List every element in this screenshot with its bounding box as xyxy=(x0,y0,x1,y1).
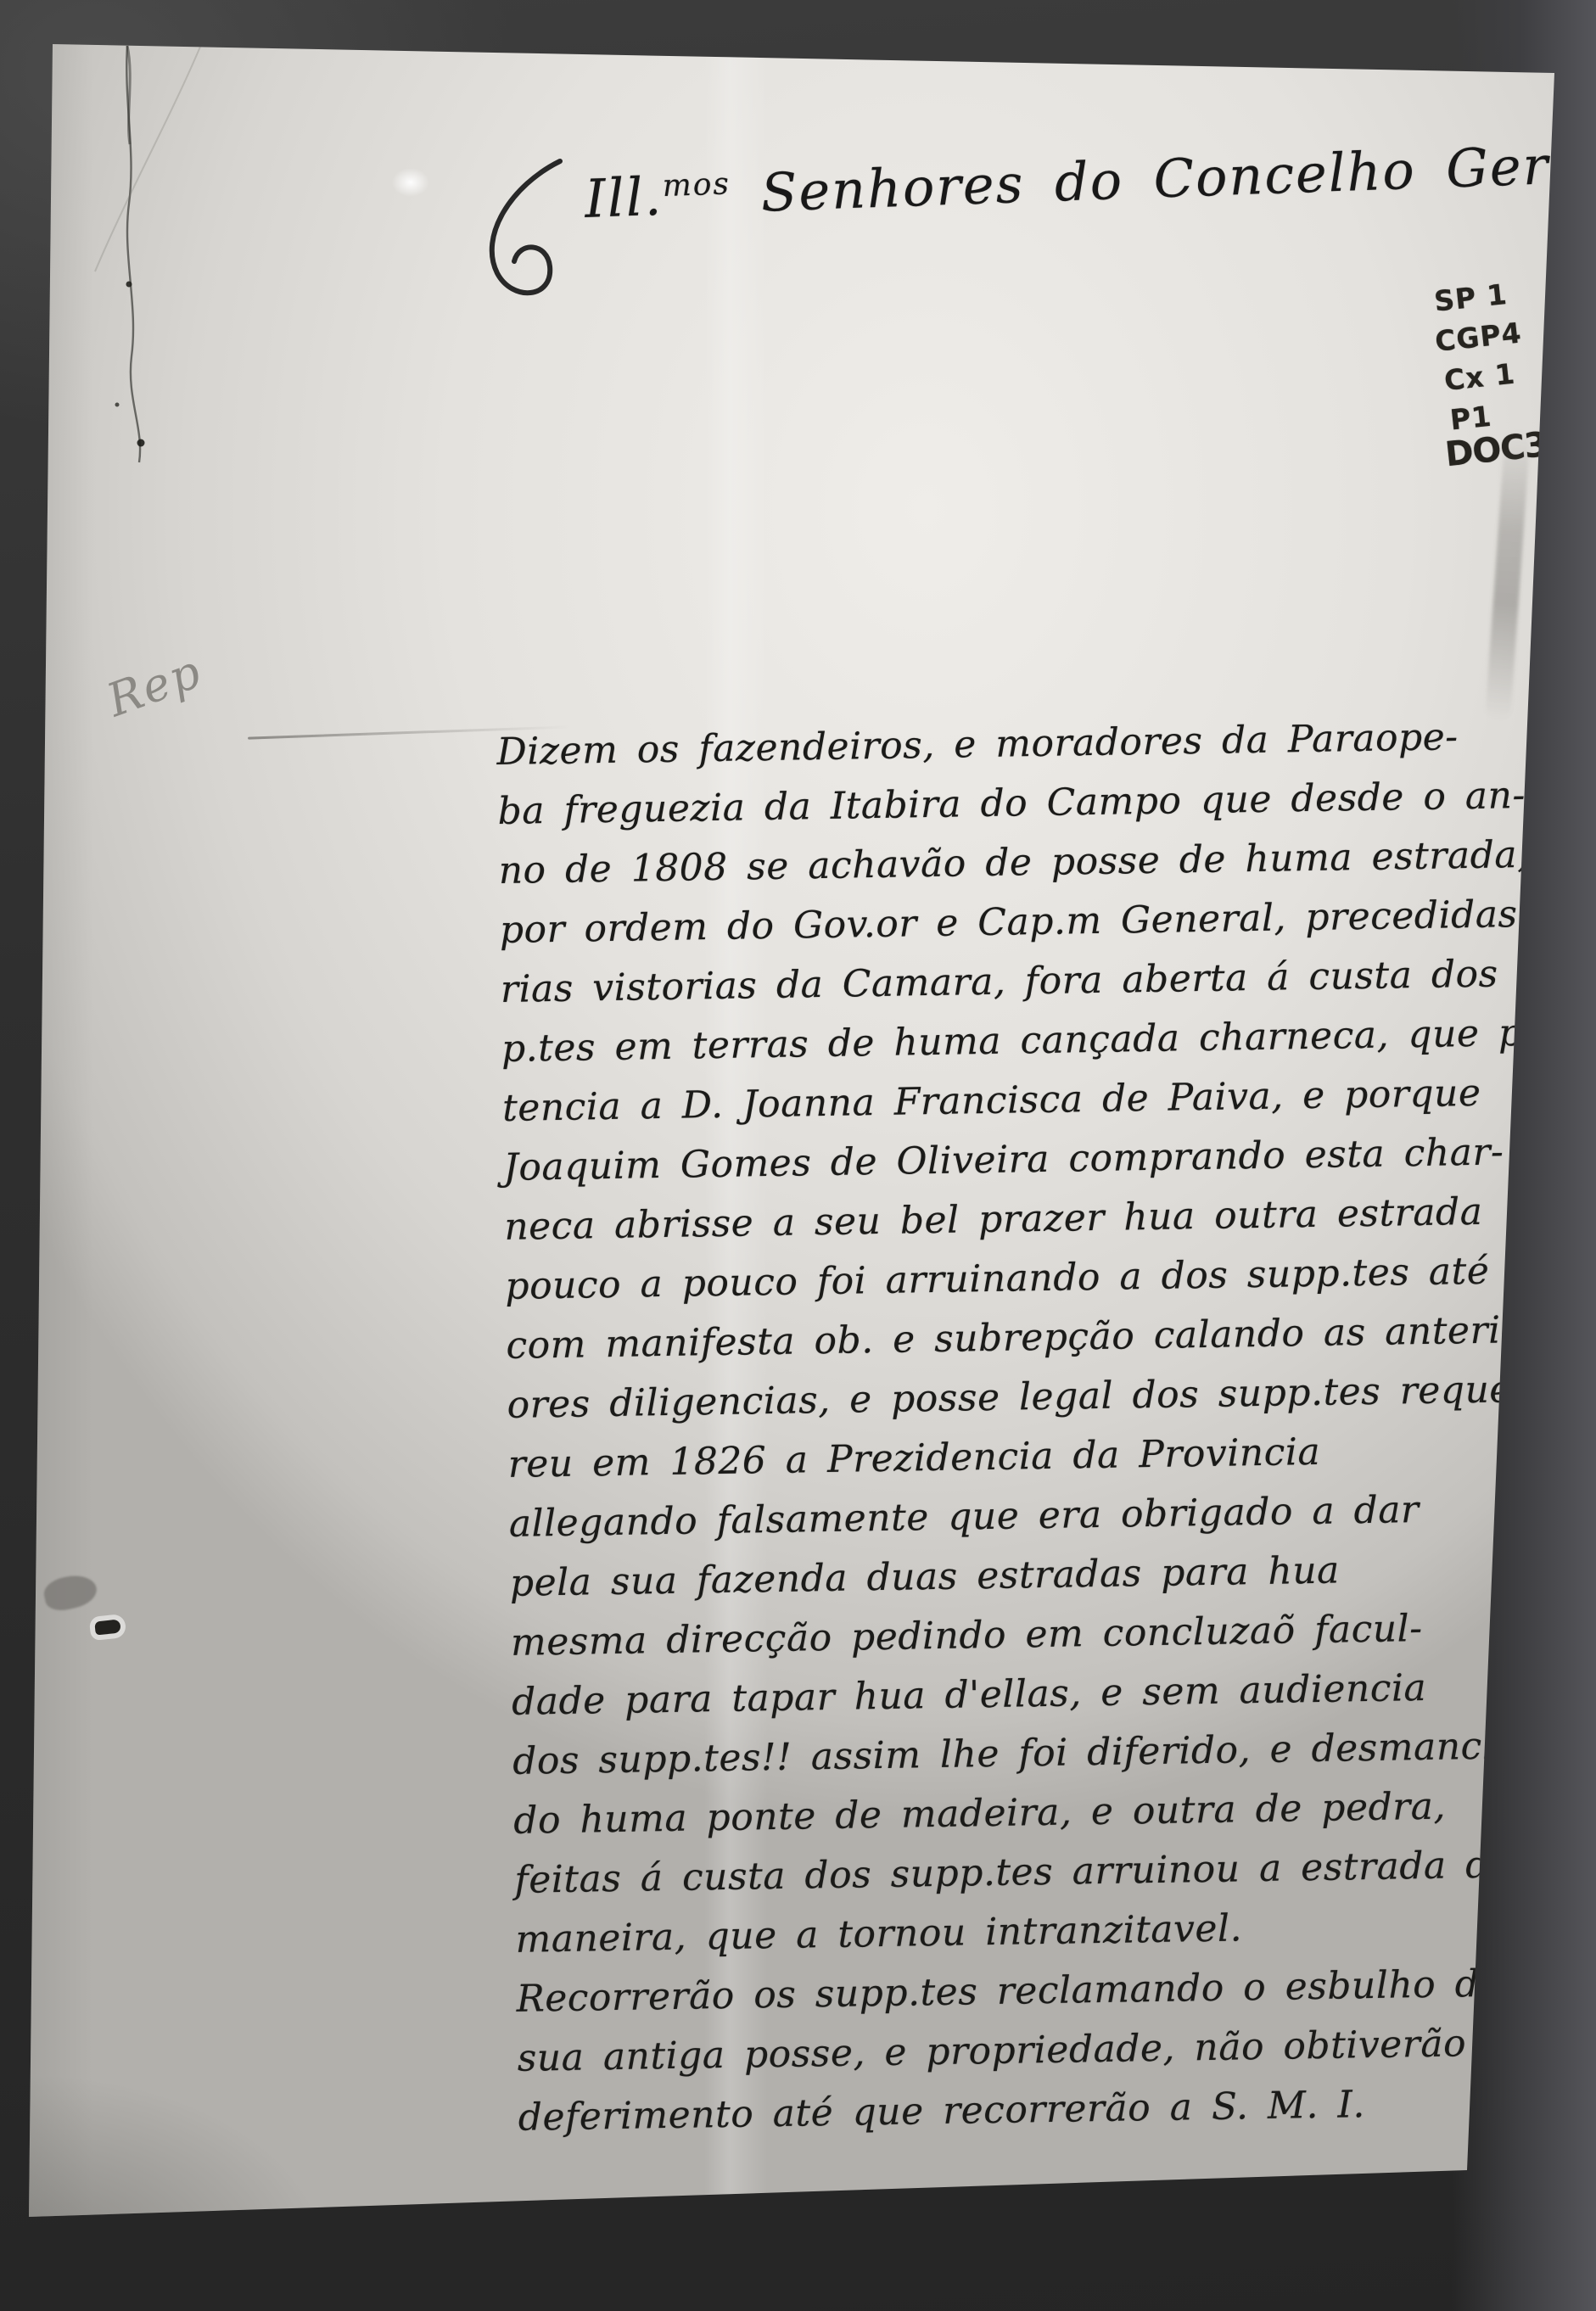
tear-spot xyxy=(115,403,120,407)
scanned-photograph-background: Ill.mos Senhores do Concelho Geral SP 1C… xyxy=(0,0,1596,2311)
manuscript-body: Dizem os fazendeiros, e moradores da Par… xyxy=(496,703,1596,2148)
smudge-mark xyxy=(1485,428,1531,721)
tear-spot xyxy=(126,282,132,288)
letter-heading: Ill.mos Senhores do Concelho Geral xyxy=(584,132,1596,230)
manuscript-page: Ill.mos Senhores do Concelho Geral SP 1C… xyxy=(0,0,1596,2311)
ink-dab xyxy=(94,1619,121,1635)
tear-line xyxy=(126,46,140,462)
archival-reference-code: SP 1CGP4Cx 1P1DOC35 xyxy=(1432,269,1571,475)
heading-prefix: Ill. xyxy=(584,165,664,230)
heading-rest: Senhores do Concelho Geral xyxy=(760,132,1596,224)
heading-flourish-icon xyxy=(465,154,592,316)
tear-line-dark-segment xyxy=(127,46,130,144)
bright-spot xyxy=(392,168,429,197)
heading-superscript: mos xyxy=(662,166,731,204)
paper-blotch xyxy=(42,1571,100,1614)
margin-pencil-note: Rep xyxy=(100,644,209,727)
tear-spot xyxy=(137,439,145,447)
crease-line xyxy=(95,47,200,271)
